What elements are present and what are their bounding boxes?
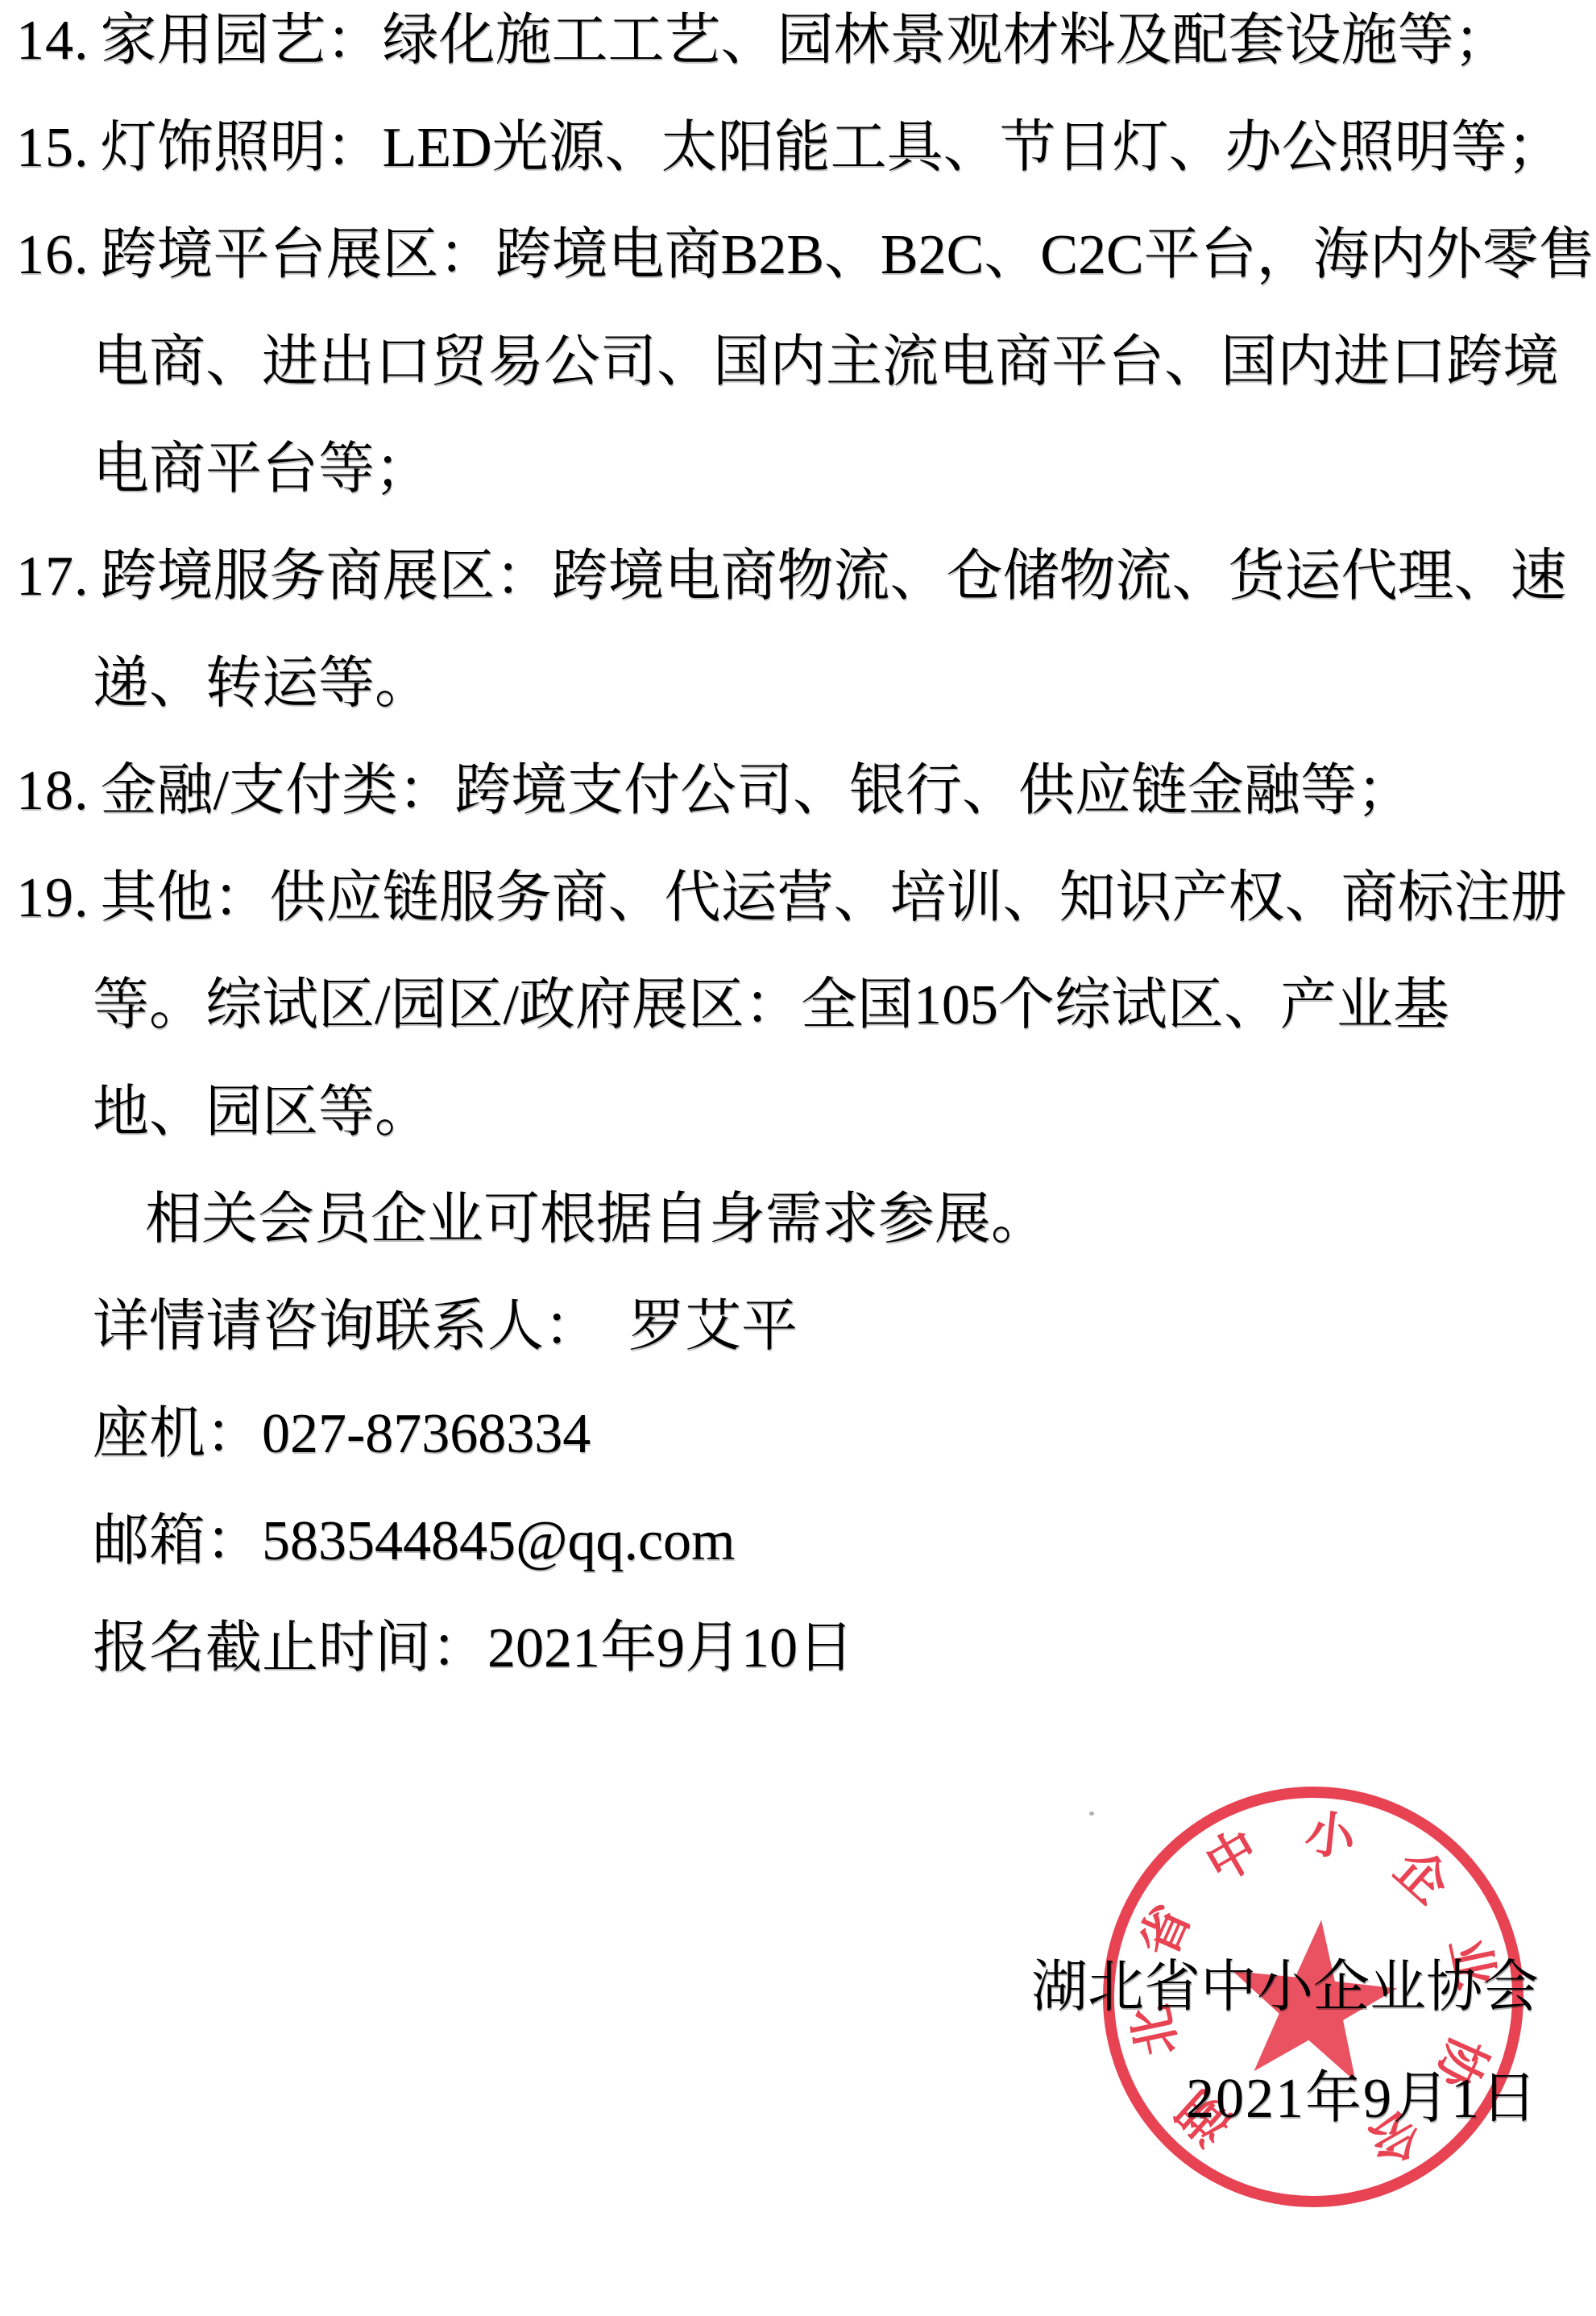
item-number: 15.	[16, 117, 89, 179]
item-number: 18.	[16, 760, 89, 822]
item-number: 14.	[16, 10, 89, 72]
text-line: 地、园区等。	[0, 1059, 1596, 1166]
line-text: 邮箱：583544845@qq.com	[93, 1510, 735, 1572]
text-line: 相关会员企业可根据自身需求参展。	[0, 1166, 1596, 1273]
line-text: 电商、进出口贸易公司、国内主流电商平台、国内进口跨境	[93, 331, 1559, 393]
text-line: 报名截止时间：2021年9月10日	[0, 1595, 1596, 1702]
signature-org: 湖北省中小企业协会	[1031, 1934, 1539, 2041]
scan-speck	[1089, 1812, 1094, 1816]
line-text: 等。综试区/园区/政府展区：全国105个综试区、产业基	[93, 974, 1449, 1036]
text-line: 邮箱：583544845@qq.com	[0, 1488, 1596, 1595]
line-text: 相关会员企业可根据自身需求参展。	[145, 1189, 1047, 1251]
scanned-document-page: { "page": { "width": 1981, "height": 287…	[0, 0, 1596, 2316]
item-number: 17.	[16, 546, 89, 608]
item-number: 19.	[16, 867, 89, 929]
item-number: 16.	[16, 224, 89, 286]
text-line: 等。综试区/园区/政府展区：全国105个综试区、产业基	[0, 952, 1596, 1059]
signature-date: 2021年9月1日	[1186, 2045, 1539, 2152]
line-text: 递、转运等。	[93, 653, 431, 715]
text-line: 电商平台等；	[0, 416, 1596, 523]
line-text: 座机：027-87368334	[93, 1403, 591, 1465]
text-line: 15.灯饰照明：LED光源、太阳能工具、节日灯、办公照明等；	[0, 94, 1596, 201]
text-line: 递、转运等。	[0, 630, 1596, 737]
line-text: 详情请咨询联系人： 罗艾平	[93, 1296, 798, 1358]
line-text: 其他：供应链服务商、代运营、培训、知识产权、商标注册	[101, 867, 1567, 929]
line-text: 报名截止时间：2021年9月10日	[93, 1617, 854, 1679]
line-text: 家用园艺：绿化施工工艺、园林景观材料及配套设施等；	[101, 10, 1511, 72]
text-line: 16.跨境平台展区：跨境电商B2B、B2C、C2C平台，海内外零售	[0, 201, 1596, 309]
line-text: 金融/支付类：跨境支付公司、银行、供应链金融等；	[101, 760, 1413, 822]
line-text: 电商平台等；	[93, 438, 431, 500]
text-line: 详情请咨询联系人： 罗艾平	[0, 1273, 1596, 1380]
line-text: 灯饰照明：LED光源、太阳能工具、节日灯、办公照明等；	[101, 117, 1564, 179]
line-text: 跨境平台展区：跨境电商B2B、B2C、C2C平台，海内外零售	[101, 224, 1595, 286]
text-line: 14.家用园艺：绿化施工工艺、园林景观材料及配套设施等；	[0, 0, 1596, 94]
text-line: 17.跨境服务商展区：跨境电商物流、仓储物流、货运代理、速	[0, 523, 1596, 630]
line-text: 跨境服务商展区：跨境电商物流、仓储物流、货运代理、速	[101, 546, 1567, 608]
line-text: 地、园区等。	[93, 1081, 431, 1143]
seal-ring-char: 中	[1197, 1821, 1268, 1894]
text-line: 18.金融/支付类：跨境支付公司、银行、供应链金融等；	[0, 737, 1596, 845]
text-line: 座机：027-87368334	[0, 1380, 1596, 1488]
text-line: 19.其他：供应链服务商、代运营、培训、知识产权、商标注册	[0, 845, 1596, 952]
document-body: 14.家用园艺：绿化施工工艺、园林景观材料及配套设施等；15.灯饰照明：LED光…	[0, 0, 1596, 1702]
seal-ring-char: 企	[1384, 1840, 1458, 1915]
seal-ring-char: 小	[1303, 1807, 1360, 1866]
text-line: 电商、进出口贸易公司、国内主流电商平台、国内进口跨境	[0, 309, 1596, 416]
